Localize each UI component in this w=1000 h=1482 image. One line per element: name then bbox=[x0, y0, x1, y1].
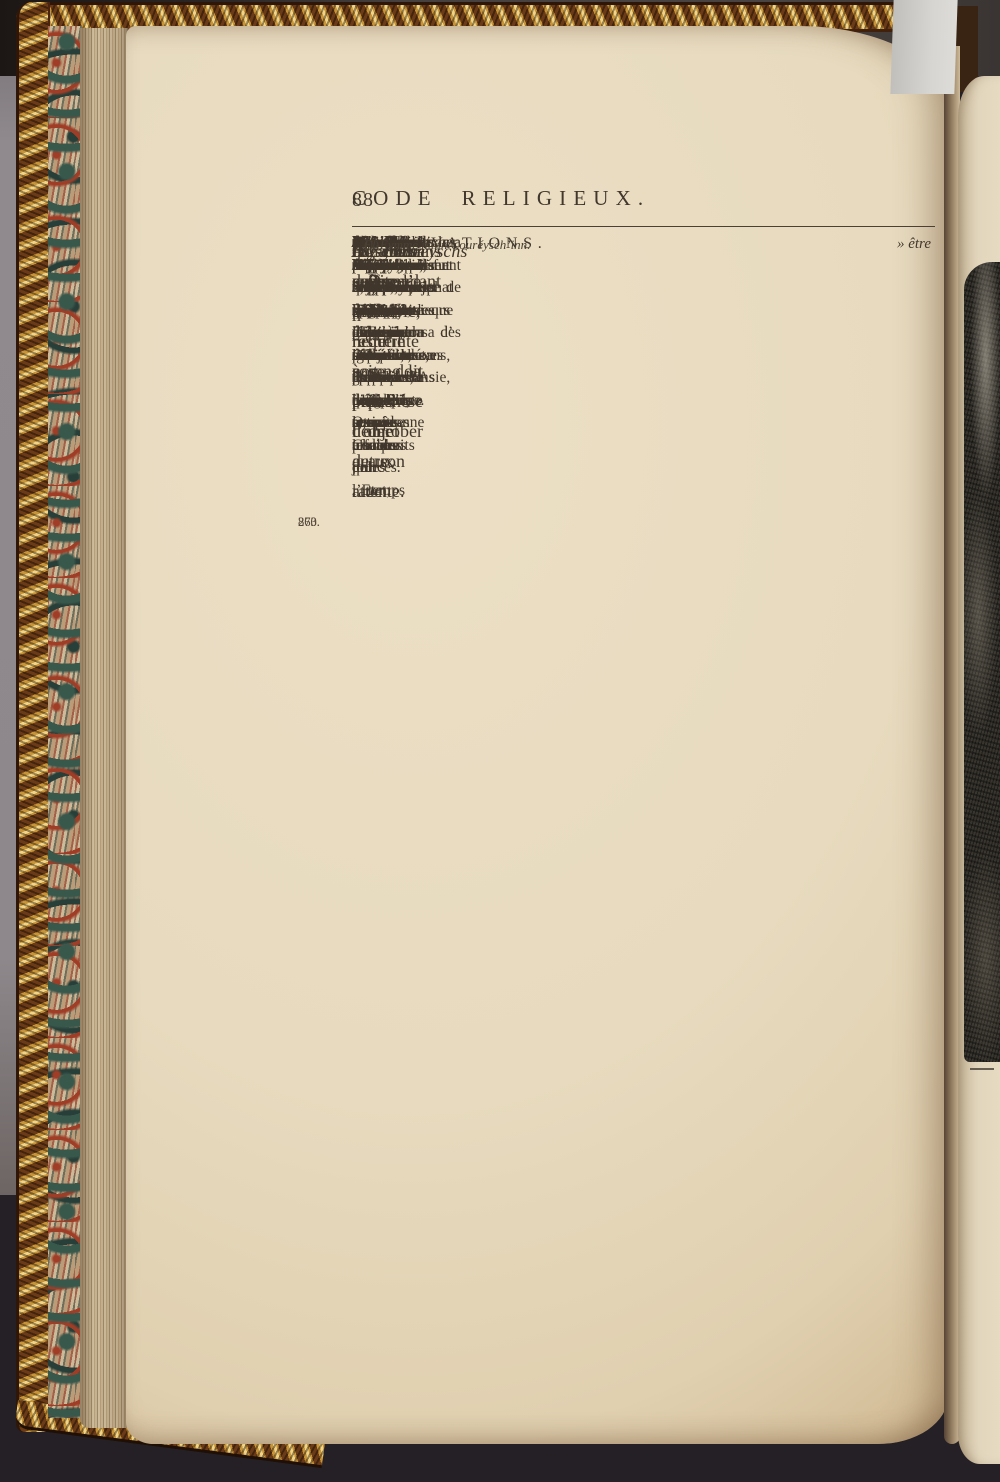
facing-page-edge bbox=[958, 76, 1000, 1464]
text-block-fore-edge bbox=[80, 28, 128, 1428]
page-title: CODE RELIGIEUX. bbox=[352, 186, 650, 211]
engraving-plate bbox=[964, 262, 1000, 1062]
gilt-rope-border-left bbox=[16, 2, 50, 1432]
marbled-endpaper-edge bbox=[48, 26, 82, 1418]
page-header: 88 CODE RELIGIEUX. bbox=[352, 186, 935, 214]
text-column: 88 CODE RELIGIEUX. 34°. Que l’Imam doit … bbox=[352, 186, 935, 253]
book-photograph: 88 CODE RELIGIEUX. 34°. Que l’Imam doit … bbox=[0, 0, 1000, 1482]
footnote-text: El-Eymmé minn Couréysch’inn. bbox=[364, 236, 530, 253]
plate-caption bbox=[970, 1068, 994, 1070]
gray-ribbon-strip bbox=[890, 0, 957, 94]
margin-note-line: 873. bbox=[298, 515, 320, 530]
footnote-rule bbox=[352, 226, 935, 227]
